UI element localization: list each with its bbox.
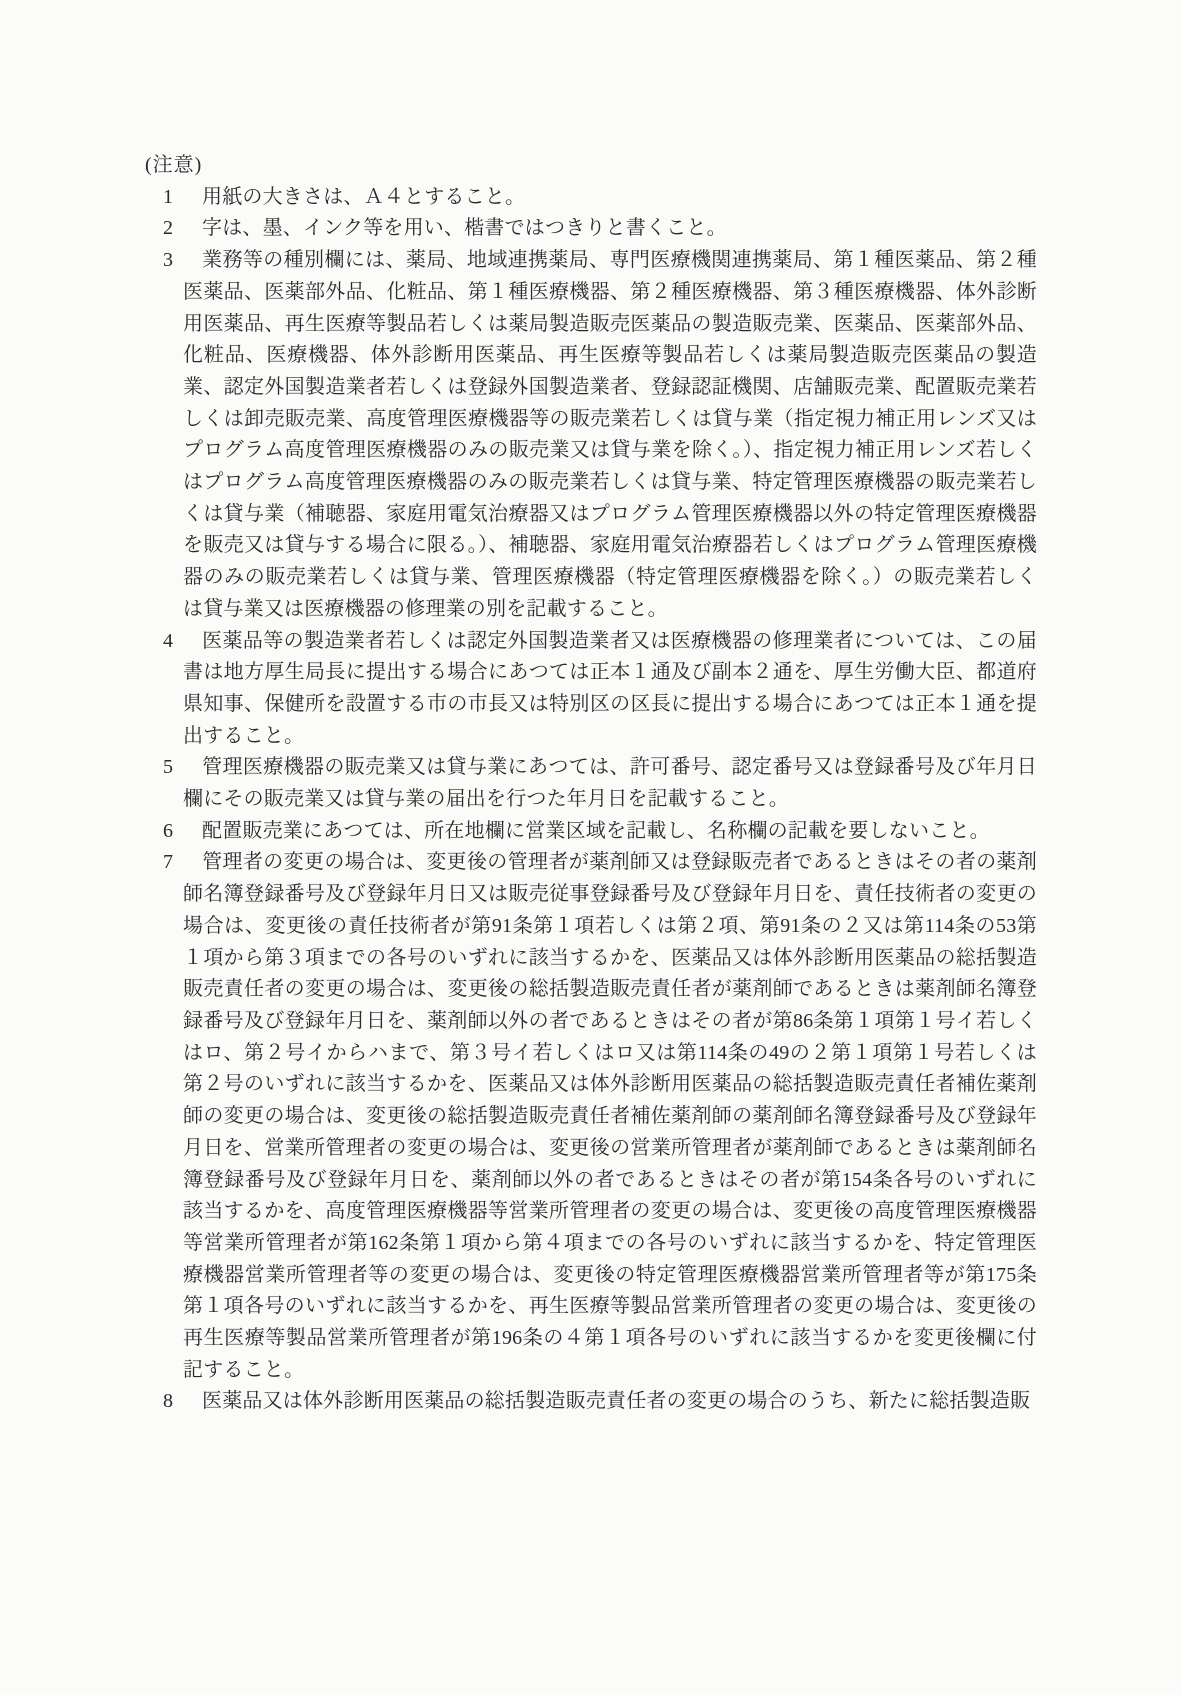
note-text: 業務等の種別欄には、薬局、地域連携薬局、専門医療機関連携薬局、第１種医薬品、第２… — [183, 249, 1037, 620]
note-number: 4 — [163, 626, 202, 658]
notes-list: 1用紙の大きさは、Ａ４とすること。 2字は、墨、インク等を用い、楷書ではつきりと… — [145, 182, 1037, 1418]
note-number: 2 — [163, 213, 202, 245]
note-item: 4医薬品等の製造業者若しくは認定外国製造業者又は医療機器の修理業者については、こ… — [183, 626, 1037, 753]
note-item: 8医薬品又は体外診断用医薬品の総括製造販売責任者の変更の場合のうち、新たに総括製… — [183, 1386, 1037, 1418]
note-text: 医薬品又は体外診断用医薬品の総括製造販売責任者の変更の場合のうち、新たに総括製造… — [202, 1390, 1030, 1412]
note-number: 5 — [163, 752, 202, 784]
note-item: 2字は、墨、インク等を用い、楷書ではつきりと書くこと。 — [183, 213, 1037, 245]
note-number: 8 — [163, 1386, 202, 1418]
note-text: 用紙の大きさは、Ａ４とすること。 — [202, 186, 525, 208]
note-number: 1 — [163, 182, 202, 214]
note-text: 字は、墨、インク等を用い、楷書ではつきりと書くこと。 — [202, 217, 727, 239]
document-page: (注意) 1用紙の大きさは、Ａ４とすること。 2字は、墨、インク等を用い、楷書で… — [0, 0, 1181, 1695]
note-number: 3 — [163, 245, 202, 277]
note-text: 管理者の変更の場合は、変更後の管理者が薬剤師又は登録販売者であるときはその者の薬… — [183, 851, 1037, 1380]
note-number: 6 — [163, 816, 202, 848]
note-item: 1用紙の大きさは、Ａ４とすること。 — [183, 182, 1037, 214]
note-item: 6配置販売業にあつては、所在地欄に営業区域を記載し、名称欄の記載を要しないこと。 — [183, 816, 1037, 848]
note-text: 管理医療機器の販売業又は貸与業にあつては、許可番号、認定番号又は登録番号及び年月… — [183, 756, 1037, 810]
note-text: 医薬品等の製造業者若しくは認定外国製造業者又は医療機器の修理業者については、この… — [183, 630, 1037, 747]
notes-heading: (注意) — [145, 150, 1037, 182]
note-item: 5管理医療機器の販売業又は貸与業にあつては、許可番号、認定番号又は登録番号及び年… — [183, 752, 1037, 815]
note-text: 配置販売業にあつては、所在地欄に営業区域を記載し、名称欄の記載を要しないこと。 — [202, 820, 990, 842]
note-number: 7 — [163, 847, 202, 879]
note-item: 7管理者の変更の場合は、変更後の管理者が薬剤師又は登録販売者であるときはその者の… — [183, 847, 1037, 1386]
note-item: 3業務等の種別欄には、薬局、地域連携薬局、専門医療機関連携薬局、第１種医薬品、第… — [183, 245, 1037, 625]
